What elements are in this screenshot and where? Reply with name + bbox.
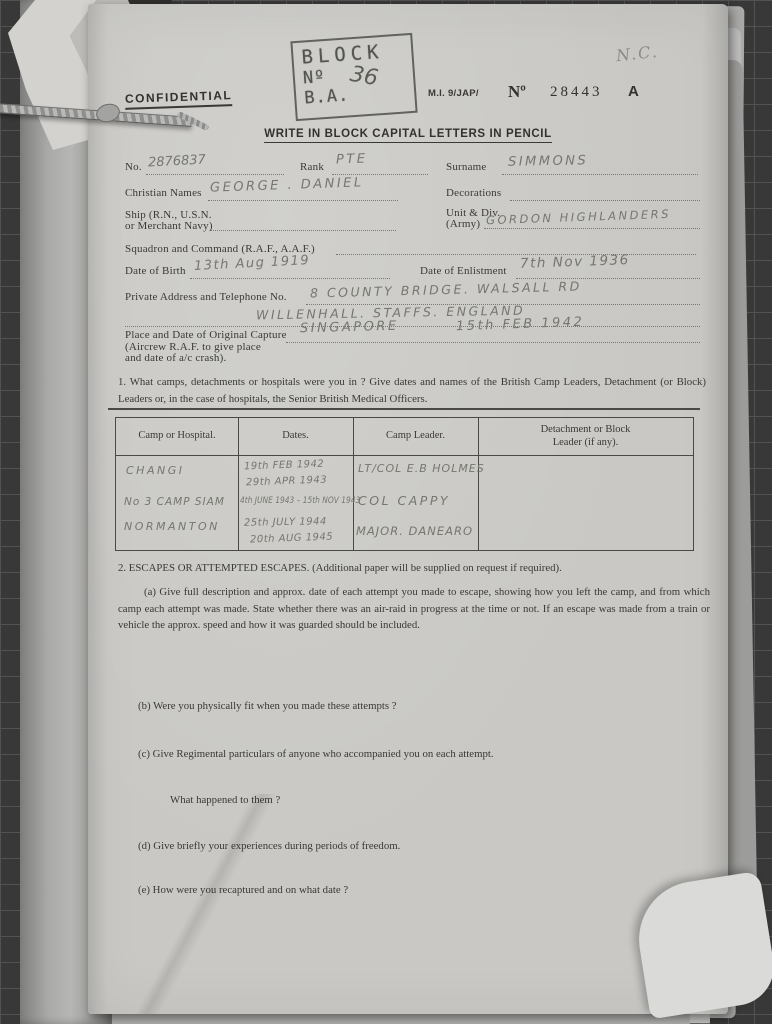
field-value-dob: 13th Aug 1919 <box>194 253 311 274</box>
field-label-capture-3: and date of a/c crash). <box>125 352 226 364</box>
question-2e-text: (e) How were you recaptured and on what … <box>138 882 348 899</box>
field-label-rank: Rank <box>300 161 324 173</box>
field-line <box>190 278 390 279</box>
field-value-unit: GORDON HIGHLANDERS <box>486 207 671 227</box>
field-line <box>210 230 396 231</box>
field-line <box>286 342 700 343</box>
classification-marking: CONFIDENTIAL <box>125 88 233 110</box>
table-cell-camp: CHANGI <box>126 464 184 477</box>
form-series-reference: M.I. 9/JAP/ <box>428 88 479 99</box>
field-line <box>336 254 696 255</box>
field-label-christian-names: Christian Names <box>125 187 202 199</box>
table-header-block-leader: Detachment or Block Leader (if any). <box>478 423 693 449</box>
field-label-dob: Date of Birth <box>125 265 186 277</box>
pencil-instruction: WRITE IN BLOCK CAPITAL LETTERS IN PENCIL <box>264 128 551 143</box>
field-line <box>484 228 700 229</box>
table-header-leader: Camp Leader. <box>353 429 478 442</box>
handwritten-initials: N.C. <box>615 42 660 65</box>
field-value-capture-date: 15th FEB 1942 <box>456 315 585 334</box>
table-cell-dates: 25th JULY 1944 <box>244 516 327 528</box>
table-header-divider <box>116 455 693 456</box>
question-2c-text: (c) Give Regimental particulars of anyon… <box>138 746 494 763</box>
question-2c-followup-text: What happened to them ? <box>170 792 280 809</box>
field-value-address-1: 8 COUNTY BRIDGE. WALSALL RD <box>310 278 582 300</box>
field-label-address: Private Address and Telephone No. <box>125 291 287 303</box>
table-cell-leader: COL CAPPY <box>358 493 450 508</box>
table-cell-leader: MAJOR. DANEARO <box>356 524 473 538</box>
field-label-capture-1: Place and Date of Original Capture <box>125 329 287 341</box>
field-line <box>332 174 428 175</box>
field-value-service-no: 2876837 <box>148 152 207 170</box>
number-symbol: Nº <box>508 82 526 102</box>
field-line <box>510 200 700 201</box>
field-label-no: No. <box>125 161 142 173</box>
table-cell-camp: No 3 CAMP SIAM <box>124 496 225 508</box>
field-line <box>125 326 700 327</box>
table-header-camp: Camp or Hospital. <box>116 429 238 442</box>
field-value-enlistment: 7th Nov 1936 <box>520 252 630 272</box>
table-cell-camp: NORMANTON <box>124 520 220 533</box>
table-top-rule <box>108 408 700 410</box>
field-label-enlistment: Date of Enlistment <box>420 265 507 277</box>
field-value-rank: PTE <box>336 151 368 167</box>
field-line <box>208 200 398 201</box>
question-2b-text: (b) Were you physically fit when you mad… <box>138 698 397 715</box>
question-2-heading: 2. ESCAPES OR ATTEMPTED ESCAPES. (Additi… <box>118 560 710 577</box>
field-label-surname: Surname <box>446 161 487 173</box>
field-value-surname: SIMMONS <box>508 153 588 169</box>
field-value-christian-names: GEORGE . DANIEL <box>210 175 364 195</box>
field-line <box>502 174 698 175</box>
field-value-capture-place: SINGAPORE <box>300 319 399 337</box>
instruction-row: WRITE IN BLOCK CAPITAL LETTERS IN PENCIL <box>88 124 728 142</box>
table-cell-leader: LT/COL E.B HOLMES <box>358 462 485 475</box>
table-cell-dates: 4th JUNE 1943 – 15th NOV 1943 <box>240 496 360 506</box>
serial-number: 28443 <box>550 84 603 101</box>
copy-letter: A <box>628 83 639 100</box>
table-cell-dates: 29th APR 1943 <box>246 475 327 489</box>
question-2a-text: (a) Give full description and approx. da… <box>118 584 710 634</box>
field-label-ship-2: or Merchant Navy) <box>125 220 213 232</box>
scanned-pow-questionnaire-photo: CONFIDENTIAL BLOCK Nº B.A. 36 M.I. 9/JAP… <box>0 0 772 1024</box>
camps-table: Camp or Hospital. Dates. Camp Leader. De… <box>115 417 694 551</box>
table-cell-dates: 20th AUG 1945 <box>250 532 334 546</box>
question-1-text: 1. What camps, detachments or hospitals … <box>118 374 706 407</box>
table-header-dates: Dates. <box>238 429 353 442</box>
field-line <box>146 174 284 175</box>
table-cell-dates: 19th FEB 1942 <box>244 459 325 473</box>
handwritten-block-number: 36 <box>348 62 380 91</box>
field-label-decorations: Decorations <box>446 187 501 199</box>
questionnaire-page: CONFIDENTIAL BLOCK Nº B.A. 36 M.I. 9/JAP… <box>88 4 728 1014</box>
field-label-unit-2: (Army) <box>446 218 480 230</box>
question-2d-text: (d) Give briefly your experiences during… <box>138 838 400 855</box>
